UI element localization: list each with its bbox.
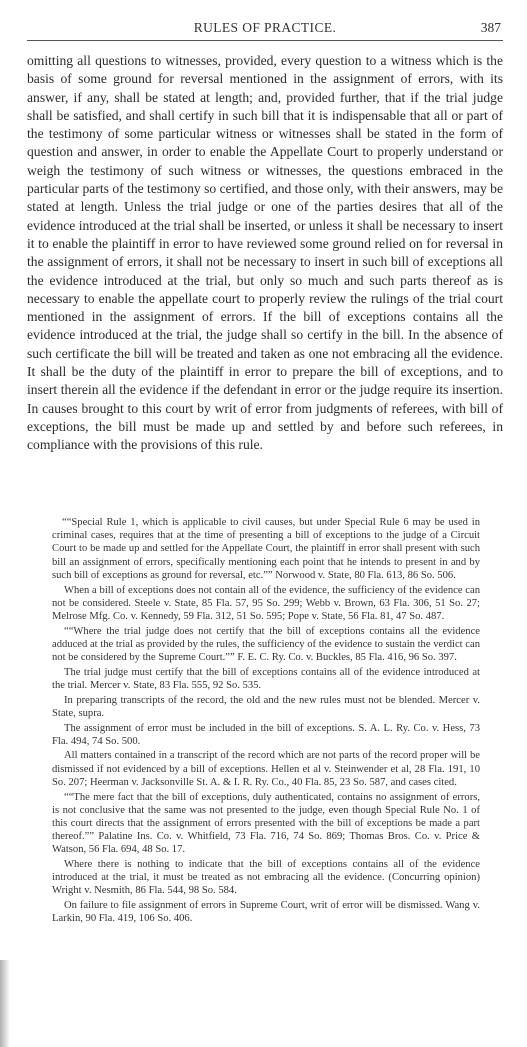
annotation-note: The trial judge must certify that the bi… (52, 666, 480, 692)
annotation-note: ““Where the trial judge does not certify… (52, 625, 480, 665)
annotation-note: All matters contained in a transcript of… (52, 749, 480, 789)
annotation-note: ““The mere fact that the bill of excepti… (52, 791, 480, 857)
annotation-note: Where there is nothing to indicate that … (52, 858, 480, 898)
annotation-note: ““Special Rule 1, which is applicable to… (52, 516, 480, 582)
annotations: ““Special Rule 1, which is applicable to… (52, 516, 480, 927)
annotation-note: In preparing transcripts of the record, … (52, 694, 480, 720)
annotation-note: On failure to file assignment of errors … (52, 899, 480, 925)
running-header: RULES OF PRACTICE. 387 (27, 18, 503, 41)
header-title: RULES OF PRACTICE. (27, 20, 503, 36)
rule-body-paragraph: omitting all questions to witnesses, pro… (27, 52, 503, 455)
document-page: RULES OF PRACTICE. 387 omitting all ques… (0, 0, 527, 1047)
scan-edge-shadow (0, 960, 10, 1047)
page-number: 387 (481, 20, 501, 36)
annotation-note: The assignment of error must be included… (52, 722, 480, 748)
annotation-note: When a bill of exceptions does not conta… (52, 584, 480, 624)
